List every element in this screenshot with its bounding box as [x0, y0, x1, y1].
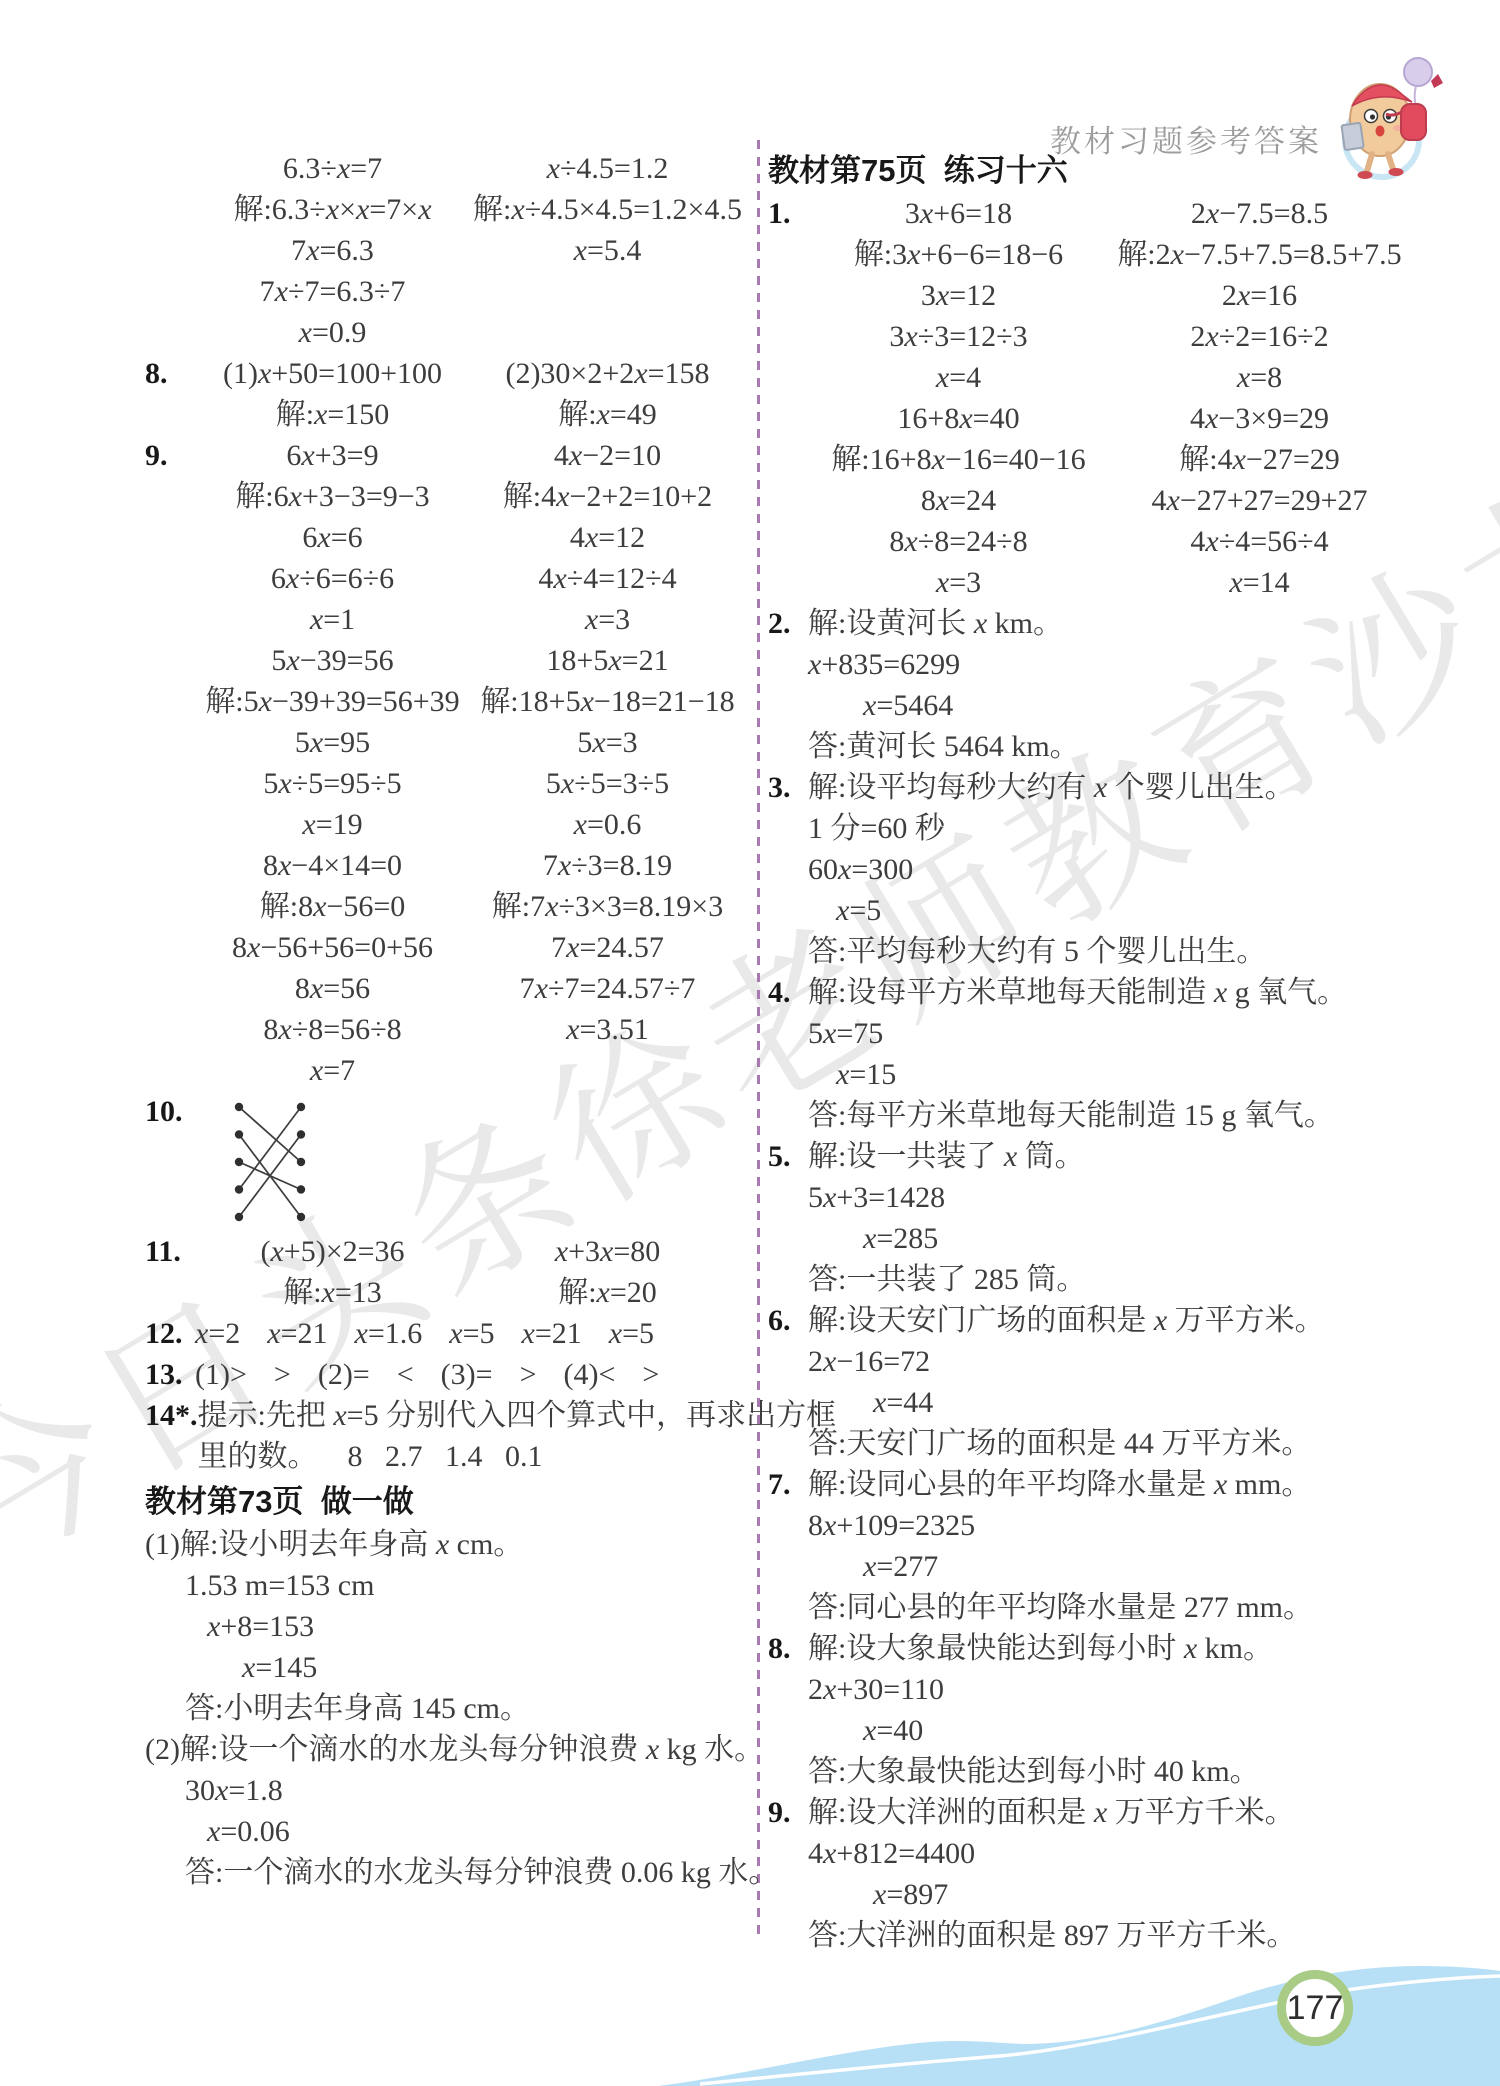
page-number-badge: 177 — [1277, 1970, 1353, 2046]
item-number: 8. — [768, 1628, 808, 1669]
mascot-backpack — [1401, 104, 1426, 140]
answer-part: x=1.6 — [355, 1313, 423, 1354]
text-line: 答:平均每秒大约有 5 个婴儿出生。 — [808, 931, 1468, 972]
equation: 7x÷3=8.19 — [470, 845, 745, 886]
block-content: 3x+6=182x−7.5=8.5解:3x+6−6=18−6解:2x−7.5+7… — [808, 193, 1468, 603]
answer-block: 7.解:设同心县的年平均降水量是 x mm。8x+109=2325x=277答:… — [768, 1464, 1468, 1628]
block-content: 解:设每平方米草地每天能制造 x g 氧气。5x=75x=15答:每平方米草地每… — [808, 972, 1468, 1136]
answer-block: 9.6x+3=94x−2=10解:6x+3−3=9−3解:4x−2+2=10+2… — [145, 435, 753, 1091]
text-line: 1 分=60 秒 — [808, 808, 1468, 849]
equation: 5x−39=56 — [195, 640, 470, 681]
match-line — [239, 1107, 301, 1162]
equation: 解:2x−7.5+7.5=8.5+7.5 — [1109, 234, 1410, 275]
equation: 4x−2=10 — [470, 435, 745, 476]
section-heading: 教材第73页 做一做 — [145, 1481, 753, 1522]
match-dot — [235, 1185, 243, 1193]
answer-block: 11.(x+5)×2=36x+3x=80解:x=13解:x=20 — [145, 1231, 753, 1313]
equation: 4x=12 — [470, 517, 745, 558]
equation: 5x=95 — [195, 722, 470, 763]
equation: 解:18+5x−18=21−18 — [470, 681, 745, 722]
text-line: 2x+30=110 — [808, 1669, 1468, 1710]
text-line: 答:每平方米草地每天能制造 15 g 氧气。 — [808, 1095, 1468, 1136]
equation: 7x÷7=6.3÷7 — [195, 271, 470, 312]
block-content: x=2x=21x=1.6x=5x=21x=5 — [195, 1313, 753, 1354]
block-content: (x+5)×2=36x+3x=80解:x=13解:x=20 — [195, 1231, 753, 1313]
answer-part: (3)= — [441, 1354, 493, 1395]
block-content: 提示:先把 x=5 分别代入四个算式中，再求出方框里的数。 8 2.7 1.4 … — [198, 1395, 754, 1477]
equation: x=1 — [195, 599, 470, 640]
equation: 7x=24.57 — [470, 927, 745, 968]
text-line: x+8=153 — [145, 1606, 753, 1647]
answer-block: 1.3x+6=182x−7.5=8.5解:3x+6−6=18−6解:2x−7.5… — [768, 193, 1468, 603]
balloon-icon — [1404, 58, 1432, 86]
equation: 5x=3 — [470, 722, 745, 763]
text-line: 60x=300 — [808, 849, 1468, 890]
equation: 解:5x−39+39=56+39 — [195, 681, 470, 722]
mascot-shoe-right — [1389, 168, 1404, 176]
item-number: 8. — [145, 353, 195, 394]
text-line: x=897 — [808, 1874, 1468, 1915]
equation: 7x÷7=24.57÷7 — [470, 968, 745, 1009]
text-line: x=5 — [808, 890, 1468, 931]
text-line: 答:天安门广场的面积是 44 万平方米。 — [808, 1423, 1468, 1464]
equation: x=3 — [470, 599, 745, 640]
text-line: 30x=1.8 — [145, 1770, 753, 1811]
equation: 解:4x−27=29 — [1109, 439, 1410, 480]
answer-part: x=5 — [449, 1313, 494, 1354]
text-line: 答:一共装了 285 筒。 — [808, 1259, 1468, 1300]
answer-part: (2)= — [318, 1354, 370, 1395]
answer-parts-row: (1)>>(2)=<(3)=>(4)<> — [195, 1354, 753, 1395]
text-line: 答:黄河长 5464 km。 — [808, 726, 1468, 767]
item-number: 5. — [768, 1136, 808, 1177]
equation: 2x=16 — [1109, 275, 1410, 316]
text-line: 解:设平均每秒大约有 x 个婴儿出生。 — [808, 767, 1468, 808]
item-number: 13. — [145, 1354, 195, 1395]
equation-pair-grid: 6x+3=94x−2=10解:6x+3−3=9−3解:4x−2+2=10+26x… — [195, 435, 745, 1091]
equation-pair-grid: 3x+6=182x−7.5=8.5解:3x+6−6=18−6解:2x−7.5+7… — [808, 193, 1410, 603]
answer-block: 12.x=2x=21x=1.6x=5x=21x=5 — [145, 1313, 753, 1354]
text-line: x=145 — [145, 1647, 753, 1688]
equation: 18+5x=21 — [470, 640, 745, 681]
equation: 5x÷5=3÷5 — [470, 763, 745, 804]
text-line: 解:设大象最快能达到每小时 x km。 — [808, 1628, 1468, 1669]
equation: x=7 — [195, 1050, 470, 1091]
equation: 解:6x+3−3=9−3 — [195, 476, 470, 517]
equation: 8x−56+56=0+56 — [195, 927, 470, 968]
equation: x=0.6 — [470, 804, 745, 845]
equation: 3x+6=18 — [808, 193, 1109, 234]
answer-block: 10. — [145, 1091, 753, 1231]
left-column: 6.3÷x=7x÷4.5=1.2解:6.3÷x×x=7×x解:x÷4.5×4.5… — [145, 148, 753, 1893]
text-line: 解:设每平方米草地每天能制造 x g 氧气。 — [808, 972, 1468, 1013]
page-header-title: 教材习题参考答案 — [1050, 116, 1322, 161]
equation: 解:8x−56=0 — [195, 886, 470, 927]
text-line: 解:设一共装了 x 筒。 — [808, 1136, 1468, 1177]
butterfly-icon — [1431, 74, 1443, 88]
text-line: 答:一个滴水的水龙头每分钟浪费 0.06 kg 水。 — [145, 1852, 753, 1893]
block-content: (1)解:设小明去年身高 x cm。1.53 m=153 cmx+8=153x=… — [145, 1524, 753, 1893]
equation — [470, 312, 745, 353]
match-dot — [297, 1185, 305, 1193]
text-line: 4x+812=4400 — [808, 1833, 1468, 1874]
equation: 8x=24 — [808, 480, 1109, 521]
block-content — [195, 1091, 753, 1231]
block-content: (1)>>(2)=<(3)=>(4)<> — [195, 1354, 753, 1395]
text-line: 答:同心县的年平均降水量是 277 mm。 — [808, 1587, 1468, 1628]
mascot-pupil-left — [1370, 114, 1375, 119]
equation: 解:x=13 — [195, 1272, 470, 1313]
text-line: 解:设大洋洲的面积是 x 万平方千米。 — [808, 1792, 1468, 1833]
equation: 8x−4×14=0 — [195, 845, 470, 886]
answer-part: > — [520, 1354, 537, 1395]
text-line: x=15 — [808, 1054, 1468, 1095]
match-dot — [297, 1130, 305, 1138]
equation: 8x÷8=56÷8 — [195, 1009, 470, 1050]
equation: 3x÷3=12÷3 — [808, 316, 1109, 357]
right-column: 教材第75页 练习十六1.3x+6=182x−7.5=8.5解:3x+6−6=1… — [768, 146, 1468, 1956]
item-number: 11. — [145, 1231, 195, 1272]
match-dot — [297, 1213, 305, 1221]
text-line: 2x−16=72 — [808, 1341, 1468, 1382]
answer-part: x=2 — [195, 1313, 240, 1354]
answer-block: 3.解:设平均每秒大约有 x 个婴儿出生。1 分=60 秒60x=300x=5答… — [768, 767, 1468, 972]
text-line: 解:设黄河长 x km。 — [808, 603, 1468, 644]
equation-pair-grid: (1)x+50=100+100(2)30×2+2x=158解:x=150解:x=… — [195, 353, 745, 435]
equation-pair-grid: (x+5)×2=36x+3x=80解:x=13解:x=20 — [195, 1231, 745, 1313]
mascot-leg-left — [1367, 154, 1372, 171]
column-divider-dashed-line — [757, 140, 760, 1940]
equation: (2)30×2+2x=158 — [470, 353, 745, 394]
item-number: 12. — [145, 1313, 195, 1354]
equation: 解:x÷4.5×4.5=1.2×4.5 — [470, 189, 745, 230]
text-line: 答:大象最快能达到每小时 40 km。 — [808, 1751, 1468, 1792]
mascot-shoe-left — [1358, 171, 1373, 179]
equation: x+3x=80 — [470, 1231, 745, 1272]
answer-part: x=21 — [267, 1313, 327, 1354]
answer-block: 14*.提示:先把 x=5 分别代入四个算式中，再求出方框里的数。 8 2.7 … — [145, 1395, 753, 1477]
equation: 解:x=150 — [195, 394, 470, 435]
text-line: 1.53 m=153 cm — [145, 1565, 753, 1606]
block-content: 解:设一共装了 x 筒。5x+3=1428x=285答:一共装了 285 筒。 — [808, 1136, 1468, 1300]
text-line: 5x+3=1428 — [808, 1177, 1468, 1218]
mascot-illustration — [1330, 38, 1448, 188]
equation: 解:x=49 — [470, 394, 745, 435]
equation: (x+5)×2=36 — [195, 1231, 470, 1272]
equation: x=5.4 — [470, 230, 745, 271]
mascot-mouth — [1376, 126, 1385, 137]
equation: 4x÷4=56÷4 — [1109, 521, 1410, 562]
match-dot — [297, 1158, 305, 1166]
match-dot — [235, 1158, 243, 1166]
answer-part: (1)> — [195, 1354, 247, 1395]
equation: 4x÷4=12÷4 — [470, 558, 745, 599]
answer-block: 6.解:设天安门广场的面积是 x 万平方米。2x−16=72x=44答:天安门广… — [768, 1300, 1468, 1464]
mascot-book — [1341, 123, 1363, 150]
answer-part: > — [642, 1354, 659, 1395]
equation-pair-grid: 6.3÷x=7x÷4.5=1.2解:6.3÷x×x=7×x解:x÷4.5×4.5… — [195, 148, 745, 353]
text-line: x=5464 — [808, 685, 1468, 726]
block-content: 解:设平均每秒大约有 x 个婴儿出生。1 分=60 秒60x=300x=5答:平… — [808, 767, 1468, 972]
equation: x÷4.5=1.2 — [470, 148, 745, 189]
equation: 解:x=20 — [470, 1272, 745, 1313]
mascot-leg-right — [1388, 154, 1393, 169]
equation: 2x−7.5=8.5 — [1109, 193, 1410, 234]
answer-block: 8.(1)x+50=100+100(2)30×2+2x=158解:x=150解:… — [145, 353, 753, 435]
equation: 解:3x+6−6=18−6 — [808, 234, 1109, 275]
answer-block: 13.(1)>>(2)=<(3)=>(4)<> — [145, 1354, 753, 1395]
item-number: 9. — [768, 1792, 808, 1833]
block-content: 解:设大象最快能达到每小时 x km。2x+30=110x=40答:大象最快能达… — [808, 1628, 1468, 1792]
equation — [470, 1050, 745, 1091]
equation — [470, 271, 745, 312]
match-dot — [235, 1103, 243, 1111]
equation: x=3.51 — [470, 1009, 745, 1050]
answer-block: 2.解:设黄河长 x km。x+835=6299x=5464答:黄河长 5464… — [768, 603, 1468, 767]
text-line: 解:设同心县的年平均降水量是 x mm。 — [808, 1464, 1468, 1505]
footer-wave — [0, 1926, 1500, 2086]
answer-block: 8.解:设大象最快能达到每小时 x km。2x+30=110x=40答:大象最快… — [768, 1628, 1468, 1792]
equation: x=8 — [1109, 357, 1410, 398]
block-content: 6x+3=94x−2=10解:6x+3−3=9−3解:4x−2+2=10+26x… — [195, 435, 753, 1091]
text-line: 答:小明去年身高 145 cm。 — [145, 1688, 753, 1729]
equation: 4x−3×9=29 — [1109, 398, 1410, 439]
equation: (1)x+50=100+100 — [195, 353, 470, 394]
equation: 2x÷2=16÷2 — [1109, 316, 1410, 357]
item-number: 3. — [768, 767, 808, 808]
equation: 8x÷8=24÷8 — [808, 521, 1109, 562]
equation: 3x=12 — [808, 275, 1109, 316]
textbook-answers-page: 今日头条徐老师教育沙龙 教材习题参考答案 6.3÷x=7x÷4.5=1.2解:6… — [0, 0, 1500, 2086]
text-line: x=0.06 — [145, 1811, 753, 1852]
answer-part: (4)< — [563, 1354, 615, 1395]
text-line: 5x=75 — [808, 1013, 1468, 1054]
item-number: 6. — [768, 1300, 808, 1341]
answer-part: x=5 — [609, 1313, 654, 1354]
text-line: (2)解:设一个滴水的水龙头每分钟浪费 x kg 水。 — [145, 1729, 753, 1770]
text-line: 里的数。 8 2.7 1.4 0.1 — [198, 1436, 754, 1477]
answer-block: 5.解:设一共装了 x 筒。5x+3=1428x=285答:一共装了 285 筒… — [768, 1136, 1468, 1300]
answer-block: (1)解:设小明去年身高 x cm。1.53 m=153 cmx+8=153x=… — [145, 1524, 753, 1893]
match-dot — [235, 1213, 243, 1221]
text-line: x=44 — [808, 1382, 1468, 1423]
equation: 解:16+8x−16=40−16 — [808, 439, 1109, 480]
match-dot — [297, 1103, 305, 1111]
wave-shape — [658, 1966, 1500, 2086]
text-line: (1)解:设小明去年身高 x cm。 — [145, 1524, 753, 1565]
text-line: x=285 — [808, 1218, 1468, 1259]
equation: 8x=56 — [195, 968, 470, 1009]
item-number: 4. — [768, 972, 808, 1013]
item-number: 2. — [768, 603, 808, 644]
equation: 6.3÷x=7 — [195, 148, 470, 189]
text-line: x=40 — [808, 1710, 1468, 1751]
item-number: 9. — [145, 435, 195, 476]
block-content: 解:设同心县的年平均降水量是 x mm。8x+109=2325x=277答:同心… — [808, 1464, 1468, 1628]
equation: x=14 — [1109, 562, 1410, 603]
equation: 16+8x=40 — [808, 398, 1109, 439]
answer-part: > — [274, 1354, 291, 1395]
answer-block: 6.3÷x=7x÷4.5=1.2解:6.3÷x×x=7×x解:x÷4.5×4.5… — [145, 148, 753, 353]
equation: x=3 — [808, 562, 1109, 603]
block-content: 6.3÷x=7x÷4.5=1.2解:6.3÷x×x=7×x解:x÷4.5×4.5… — [195, 148, 753, 353]
equation: x=0.9 — [195, 312, 470, 353]
equation: x=19 — [195, 804, 470, 845]
page-number: 177 — [1287, 1989, 1344, 2028]
equation: 6x÷6=6÷6 — [195, 558, 470, 599]
equation: 解:6.3÷x×x=7×x — [195, 189, 470, 230]
text-line: 8x+109=2325 — [808, 1505, 1468, 1546]
equation: 5x÷5=95÷5 — [195, 763, 470, 804]
text-line: x+835=6299 — [808, 644, 1468, 685]
answer-part: x=21 — [522, 1313, 582, 1354]
equation: 4x−27+27=29+27 — [1109, 480, 1410, 521]
answer-block: 4.解:设每平方米草地每天能制造 x g 氧气。5x=75x=15答:每平方米草… — [768, 972, 1468, 1136]
item-number: 1. — [768, 193, 808, 234]
text-line: x=277 — [808, 1546, 1468, 1587]
equation: 解:4x−2+2=10+2 — [470, 476, 745, 517]
answer-part: < — [397, 1354, 414, 1395]
block-content: 解:设天安门广场的面积是 x 万平方米。2x−16=72x=44答:天安门广场的… — [808, 1300, 1468, 1464]
text-line: 解:设天安门广场的面积是 x 万平方米。 — [808, 1300, 1468, 1341]
item-number: 14*. — [145, 1395, 198, 1436]
matching-lines-diagram — [229, 1099, 311, 1225]
equation: 7x=6.3 — [195, 230, 470, 271]
match-dot — [235, 1130, 243, 1138]
text-line: 提示:先把 x=5 分别代入四个算式中，再求出方框 — [198, 1395, 754, 1436]
item-number: 10. — [145, 1091, 195, 1132]
item-number: 7. — [768, 1464, 808, 1505]
equation: 6x=6 — [195, 517, 470, 558]
block-content: 解:设黄河长 x km。x+835=6299x=5464答:黄河长 5464 k… — [808, 603, 1468, 767]
equation: 6x+3=9 — [195, 435, 470, 476]
answer-parts-row: x=2x=21x=1.6x=5x=21x=5 — [195, 1313, 753, 1354]
equation: 解:7x÷3×3=8.19×3 — [470, 886, 745, 927]
equation: x=4 — [808, 357, 1109, 398]
block-content: (1)x+50=100+100(2)30×2+2x=158解:x=150解:x=… — [195, 353, 753, 435]
